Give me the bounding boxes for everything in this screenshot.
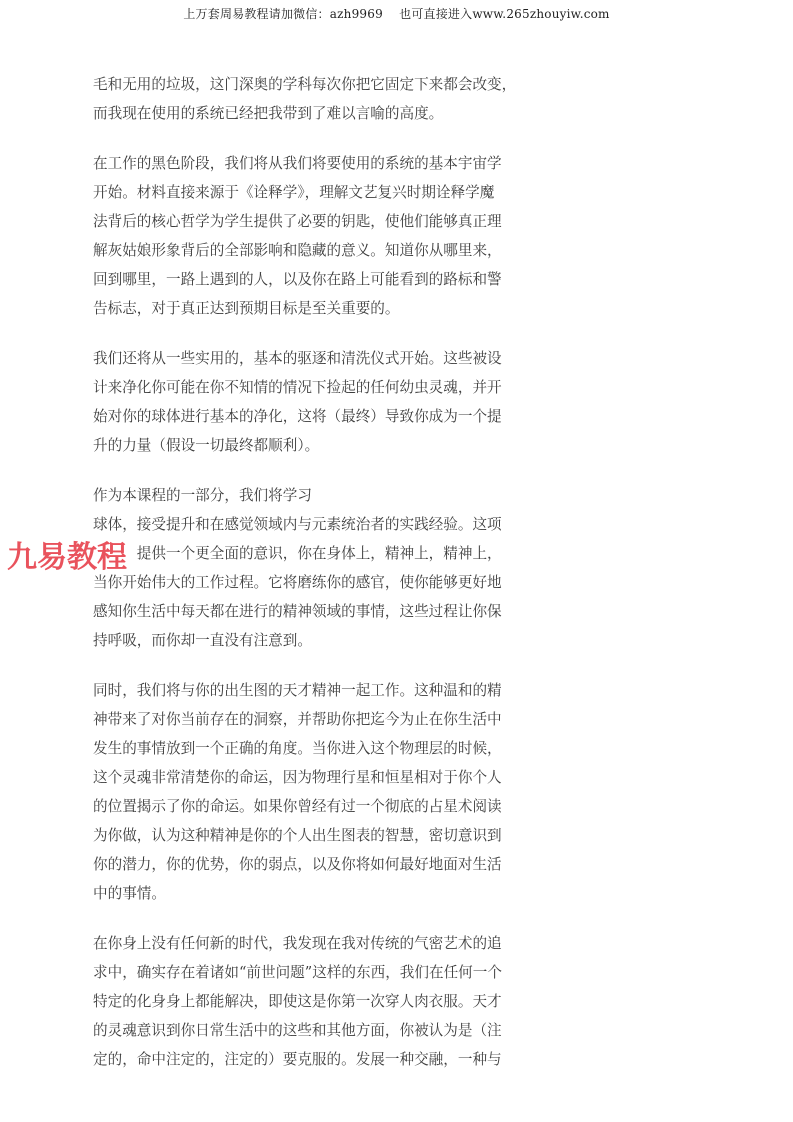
text-line: 定的，命中注定的，注定的）要克服的。发展一种交融，一种与 (93, 1045, 553, 1074)
paragraph-5: 同时，我们将与你的出生图的天才精神一起工作。这种温和的精 神带来了对你当前存在的… (93, 676, 553, 908)
paragraph-6: 在你身上没有任何新的时代，我发现在我对传统的气密艺术的追 求中，确实存在着诸如“… (93, 929, 553, 1074)
text-line: 中的事情。 (93, 879, 553, 908)
text-line: 为你做，认为这种精神是你的个人出生图表的智慧，密切意识到 (93, 821, 553, 850)
text-line: 提供一个更全面的意识，你在身体上，精神上，精神上， (93, 539, 553, 568)
paragraph-2: 在工作的黑色阶段，我们将从我们将要使用的系统的基本宇宙学 开始。材料直接来源于《… (93, 149, 553, 323)
text-line: 特定的化身身上都能解决，即使这是你第一次穿人肉衣服。天才 (93, 987, 553, 1016)
paragraph-4: 作为本课程的一部分，我们将学习 球体，接受提升和在感觉领域内与元素统治者的实践经… (93, 481, 553, 655)
text-line: 发生的事情放到一个正确的角度。当你进入这个物理层的时候， (93, 734, 553, 763)
paragraph-1: 毛和无用的垃圾，这门深奥的学科每次你把它固定下来都会改变， 而我现在使用的系统已… (93, 70, 553, 128)
text-line: 求中，确实存在着诸如“前世问题”这样的东西，我们在任何一个 (93, 958, 553, 987)
text-line: 我们还将从一些实用的，基本的驱逐和清洗仪式开始。这些被设 (93, 344, 553, 373)
watermark-stamp: 九易教程 (7, 540, 127, 576)
text-line: 作为本课程的一部分，我们将学习 (93, 481, 553, 510)
text-line: 同时，我们将与你的出生图的天才精神一起工作。这种温和的精 (93, 676, 553, 705)
text-line: 这个灵魂非常清楚你的命运，因为物理行星和恒星相对于你个人 (93, 763, 553, 792)
text-line: 开始。材料直接来源于《诠释学》，理解文艺复兴时期诠释学魔 (93, 178, 553, 207)
text-line: 持呼吸，而你却一直没有注意到。 (93, 626, 553, 655)
text-line: 在你身上没有任何新的时代，我发现在我对传统的气密艺术的追 (93, 929, 553, 958)
text-line: 球体，接受提升和在感觉领域内与元素统治者的实践经验。这项 (93, 510, 553, 539)
text-line: 回到哪里，一路上遇到的人，以及你在路上可能看到的路标和警 (93, 265, 553, 294)
text-line: 感知你生活中每天都在进行的精神领域的事情，这些过程让你保 (93, 597, 553, 626)
text-line: 升的力量（假设一切最终都顺利）。 (93, 431, 553, 460)
text-line: 的位置揭示了你的命运。如果你曾经有过一个彻底的占星术阅读 (93, 792, 553, 821)
paragraph-3: 我们还将从一些实用的，基本的驱逐和清洗仪式开始。这些被设 计来净化你可能在你不知… (93, 344, 553, 460)
text-line: 解灰姑娘形象背后的全部影响和隐藏的意义。知道你从哪里来， (93, 236, 553, 265)
text-line: 你的潜力，你的优势，你的弱点，以及你将如何最好地面对生活 (93, 850, 553, 879)
text-line: 告标志，对于真正达到预期目标是至关重要的。 (93, 294, 553, 323)
text-line: 神带来了对你当前存在的洞察，并帮助你把迄今为止在你生活中 (93, 705, 553, 734)
text-line: 而我现在使用的系统已经把我带到了难以言喻的高度。 (93, 99, 553, 128)
text-line: 在工作的黑色阶段，我们将从我们将要使用的系统的基本宇宙学 (93, 149, 553, 178)
page-header-banner: 上万套周易教程请加微信：azh9969 也可直接进入www.265zhouyiw… (0, 5, 793, 22)
text-line: 的灵魂意识到你日常生活中的这些和其他方面，你被认为是（注 (93, 1016, 553, 1045)
text-line: 计来净化你可能在你不知情的情况下捡起的任何幼虫灵魂，并开 (93, 373, 553, 402)
text-line: 毛和无用的垃圾，这门深奥的学科每次你把它固定下来都会改变， (93, 70, 553, 99)
text-line: 始对你的球体进行基本的净化，这将（最终）导致你成为一个提 (93, 402, 553, 431)
document-body: 毛和无用的垃圾，这门深奥的学科每次你把它固定下来都会改变， 而我现在使用的系统已… (93, 70, 553, 1095)
text-line: 当你开始伟大的工作过程。它将磨练你的感官，使你能够更好地 (93, 568, 553, 597)
text-line: 法背后的核心哲学为学生提供了必要的钥匙，使他们能够真正理 (93, 207, 553, 236)
